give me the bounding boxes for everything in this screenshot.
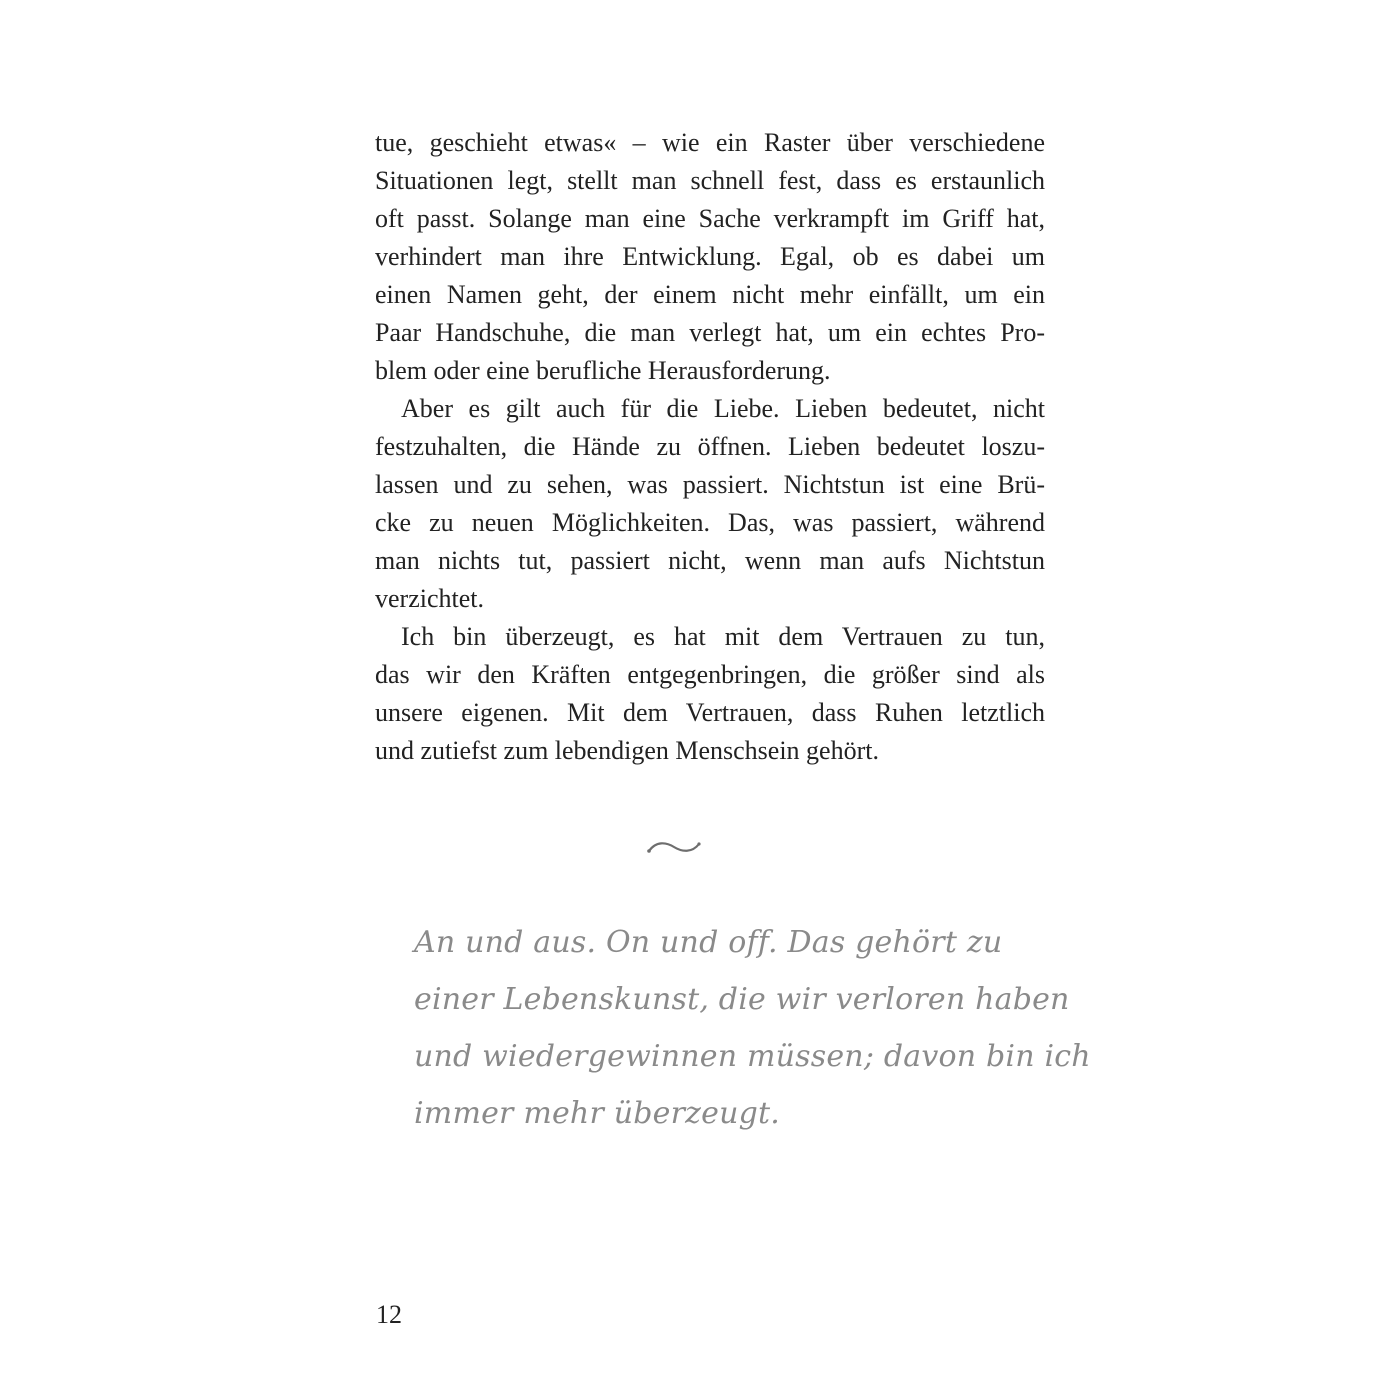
tilde-ornament-icon [644,836,704,858]
text-line: das wir den Kräften entgegenbringen, die… [375,656,1045,694]
page-number: 12 [376,1300,402,1330]
text-line: Aber es gilt auch für die Liebe. Lieben … [375,390,1045,428]
quote-line: und wiedergewinnen müssen; davon bin ich [414,1028,1034,1085]
text-line: einen Namen geht, der einem nicht mehr e… [375,276,1045,314]
body-text: tue, geschieht etwas« – wie ein Raster ü… [375,124,1045,770]
paragraph-2: Aber es gilt auch für die Liebe. Lieben … [375,390,1045,618]
paragraph-1: tue, geschieht etwas« – wie ein Raster ü… [375,124,1045,390]
paragraph-3: Ich bin überzeugt, es hat mit dem Vertra… [375,618,1045,770]
text-line: man nichts tut, passiert nicht, wenn man… [375,542,1045,580]
quote-line: einer Lebenskunst, die wir verloren habe… [414,971,1034,1028]
book-page: tue, geschieht etwas« – wie ein Raster ü… [0,0,1400,1400]
text-line: Ich bin überzeugt, es hat mit dem Vertra… [375,618,1045,656]
text-line: unsere eigenen. Mit dem Vertrauen, dass … [375,694,1045,732]
text-line: festzuhalten, die Hände zu öffnen. Liebe… [375,428,1045,466]
pull-quote: An und aus. On und off. Das gehört zu ei… [414,914,1034,1142]
quote-line: immer mehr überzeugt. [414,1085,1034,1142]
text-line: verhindert man ihre Entwicklung. Egal, o… [375,238,1045,276]
text-line: und zutiefst zum lebendigen Menschsein g… [375,732,1045,770]
text-line: Paar Handschuhe, die man verlegt hat, um… [375,314,1045,352]
text-line: blem oder eine berufliche Herausforderun… [375,352,1045,390]
text-line: cke zu neuen Möglichkeiten. Das, was pas… [375,504,1045,542]
text-line: lassen und zu sehen, was passiert. Nicht… [375,466,1045,504]
text-line: verzichtet. [375,580,1045,618]
text-line: oft passt. Solange man eine Sache verkra… [375,200,1045,238]
text-line: tue, geschieht etwas« – wie ein Raster ü… [375,124,1045,162]
quote-line: An und aus. On und off. Das gehört zu [414,914,1034,971]
text-line: Situationen legt, stellt man schnell fes… [375,162,1045,200]
